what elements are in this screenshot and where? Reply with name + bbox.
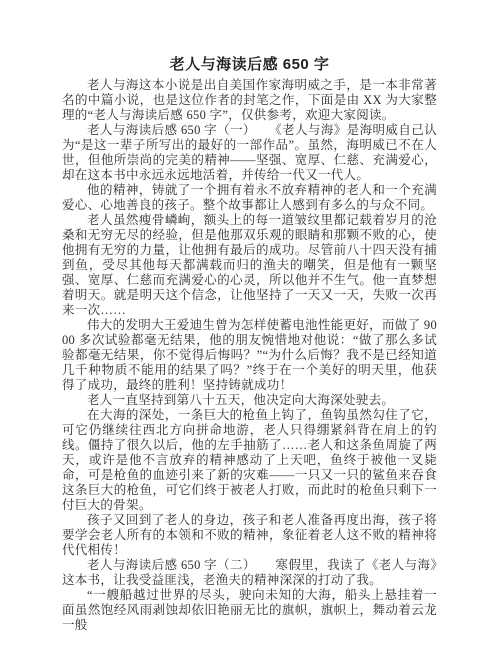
paragraph-essay1-child: 孩子又回到了老人的身边，孩子和老人准备再度出海，孩子将要学会老人所有的本领和不败… — [62, 513, 437, 558]
paragraph-essay1-oldman: 老人虽然瘦骨嶙峋，额头上的每一道皱纹里都记载着岁月的沧桑和无穷无尽的经验，但是他… — [62, 213, 437, 318]
paragraph-essay1-edison: 伟大的发明大王爱迪生曾为怎样使蓄电池性能更好，而做了 9000 多次试验都毫无结… — [62, 318, 437, 393]
paragraph-intro: 老人与海这本小说是出自美国作家海明威之手，是一本非常著名的中篇小说，也是这位作者… — [62, 78, 437, 123]
paragraph-essay1-day85: 老人一直坚持到第八十五天，他决定向大海深处驶去。 — [62, 393, 437, 408]
page-title: 老人与海读后感 650 字 — [62, 54, 437, 75]
document-page: 老人与海读后感 650 字 老人与海这本小说是出自美国作家海明威之手，是一本非常… — [0, 0, 500, 647]
paragraph-essay1-marlin: 在大海的深处，一条巨大的枪鱼上钩了，鱼钩虽然勾住了它，可它仍继续往西北方向拼命地… — [62, 408, 437, 513]
paragraph-essay2-opening: 老人与海读后感 650 字（二） 寒假里，我读了《老人与海》这本书，让我受益匪浅… — [62, 558, 437, 588]
paragraph-essay1-opening: 老人与海读后感 650 字（一） 《老人与海》是海明威自己认为“是这一辈子所写出… — [62, 123, 437, 183]
paragraph-essay2-ship: “一艘船越过世界的尽头，驶向未知的大海，船头上悬挂着一面虽然饱经风雨剥蚀却依旧艳… — [62, 588, 437, 633]
paragraph-essay1-spirit: 他的精神，铸就了一个拥有着永不放弃精神的老人和一个充满爱心、心地善良的孩子。整个… — [62, 183, 437, 213]
